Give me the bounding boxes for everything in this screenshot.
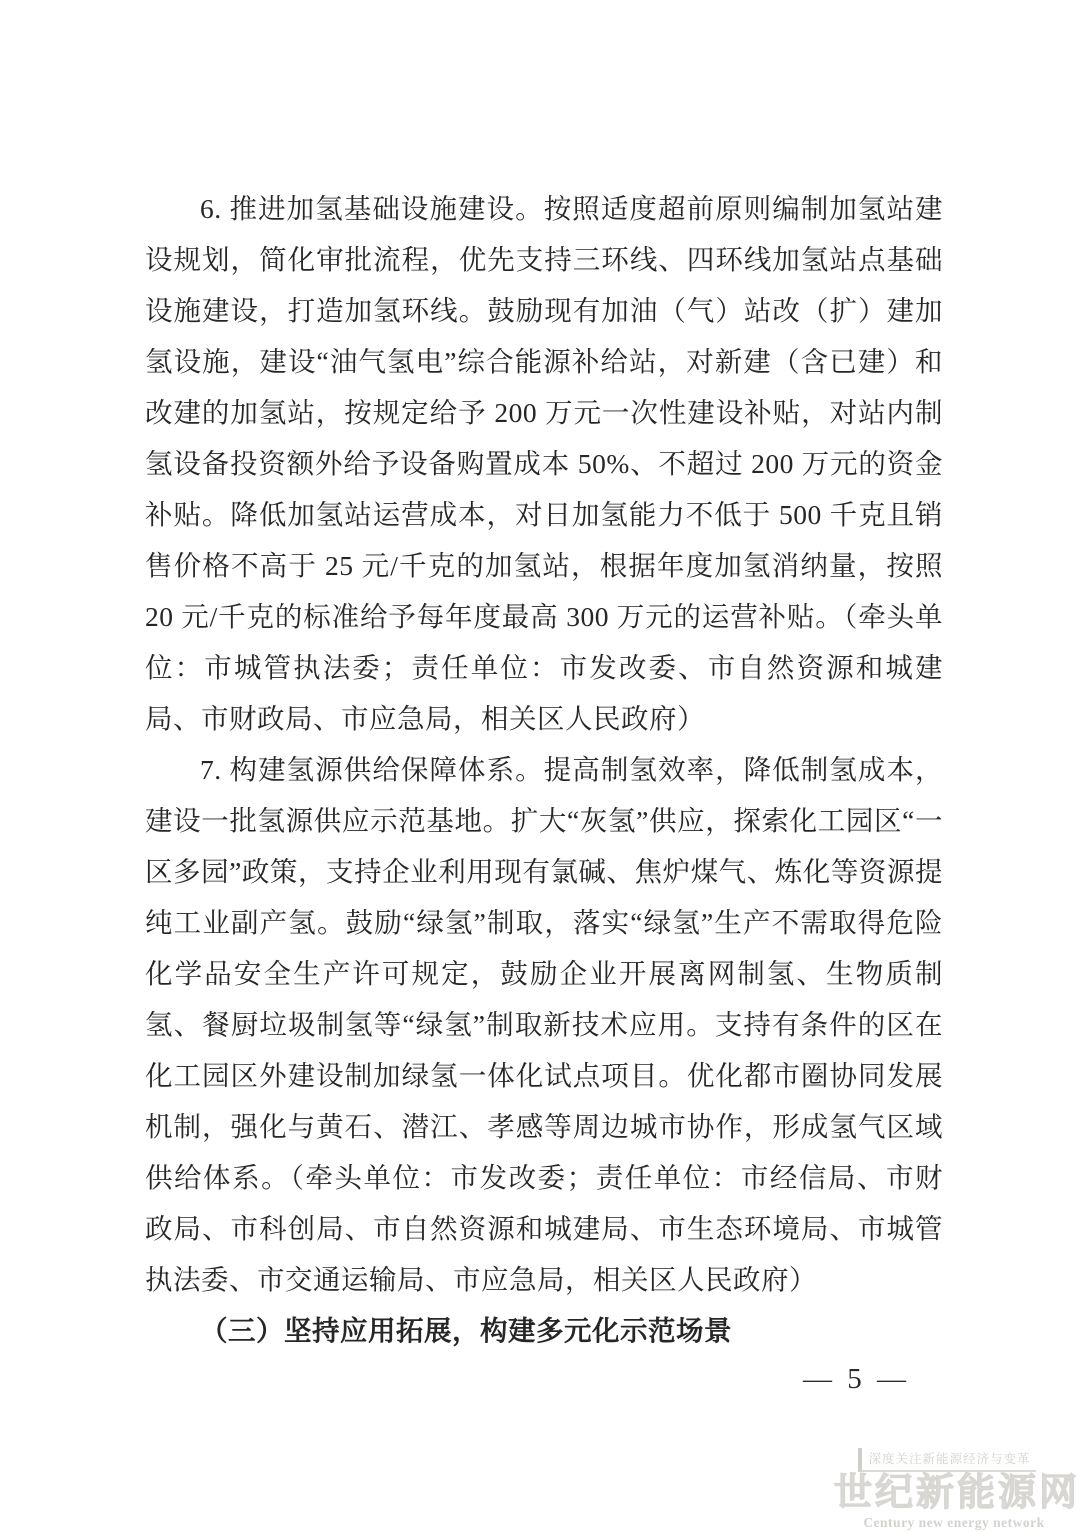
paragraph-7-hydrogen-supply: 7. 构建氢源供给保障体系。提高制氢效率，降低制氢成本，建设一批氢源供应示范基地… <box>145 744 943 1305</box>
watermark-subtitle: Century new energy network <box>834 1515 1074 1530</box>
paragraph-6-hydrogen-infrastructure: 6. 推进加氢基础设施建设。按照适度超前原则编制加氢站建设规划，简化审批流程，优… <box>145 183 943 744</box>
watermark-logo-text: 世纪新能源网 <box>834 1472 1074 1514</box>
page-number: — 5 — <box>803 1363 910 1396</box>
watermark-tagline: 深度关注新能源经济与变革 <box>858 1448 1035 1472</box>
document-page: 6. 推进加氢基础设施建设。按照适度超前原则编制加氢站建设规划，简化审批流程，优… <box>0 0 1080 1532</box>
section-heading-3: （三）坚持应用拓展，构建多元化示范场景 <box>145 1305 943 1356</box>
watermark: 深度关注新能源经济与变革 世纪新能源网 Century new energy n… <box>834 1448 1074 1530</box>
document-body: 6. 推进加氢基础设施建设。按照适度超前原则编制加氢站建设规划，简化审批流程，优… <box>145 183 943 1356</box>
